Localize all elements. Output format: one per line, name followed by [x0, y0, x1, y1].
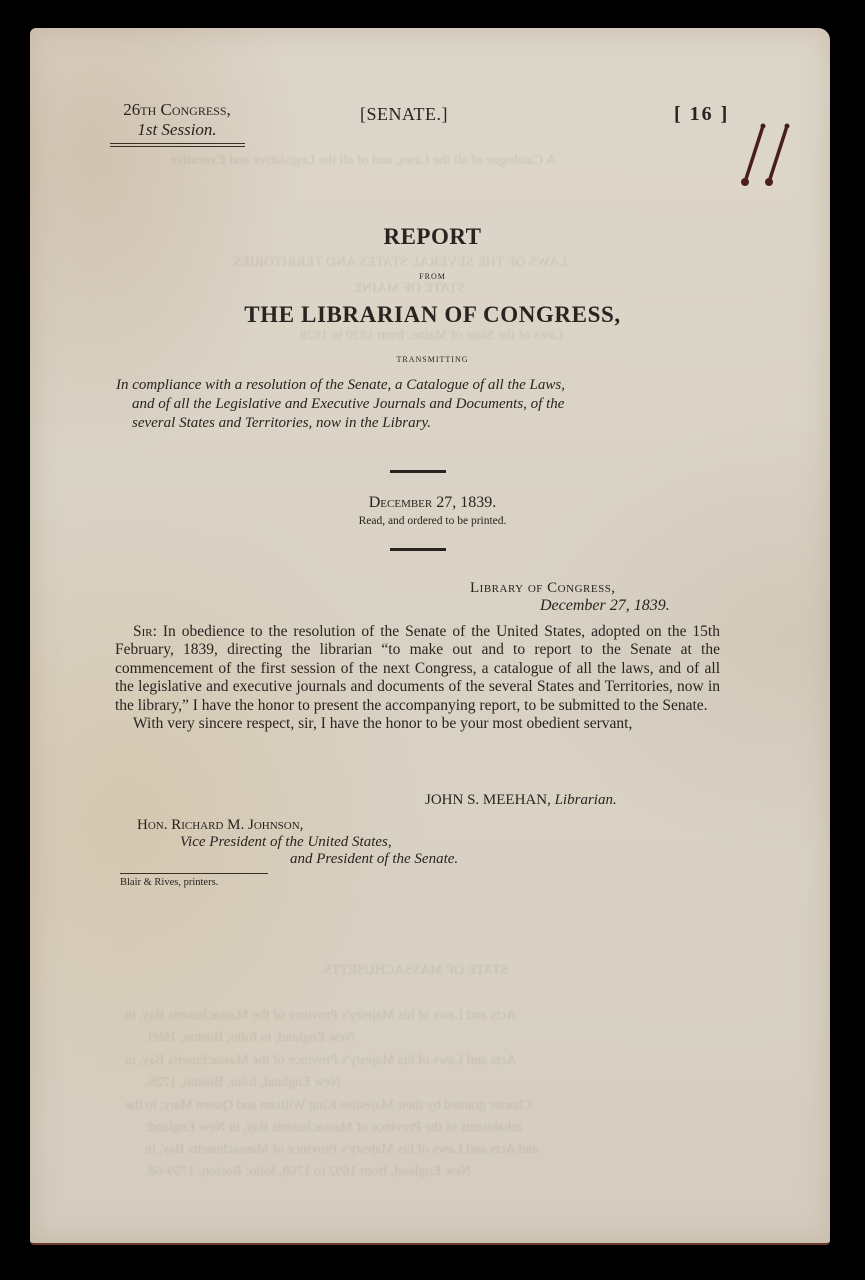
- bleed-through-line: STATE OF MAINE.: [350, 278, 465, 300]
- bleed-through-line: and Acts and Laws of his Majesty's Provi…: [145, 1139, 539, 1161]
- printer-imprint: Blair & Rives, printers.: [120, 877, 218, 888]
- bleed-through-line: LAWS OF THE SEVERAL STATES AND TERRITORI…: [230, 252, 568, 274]
- session-label: 1st Session.: [107, 120, 247, 140]
- imprint-rule: [120, 873, 268, 874]
- intro-paragraph: In compliance with a resolution of the S…: [116, 376, 736, 433]
- chamber-label: [SENATE.]: [360, 104, 448, 125]
- bleed-through-line: Acts and Laws of his Majesty's Province …: [125, 1050, 516, 1072]
- bleed-through-line: A Catalogue of all the Laws, and of all …: [170, 150, 556, 172]
- addressee-name: Hon. Richard M. Johnson,: [137, 817, 303, 834]
- congress-label: 26th Congress,: [107, 100, 247, 120]
- addressee-title-2: and President of the Senate.: [290, 851, 458, 868]
- divider-bottom: [390, 548, 446, 551]
- bleed-through-line: New England, folio; Boston, 1726.: [145, 1072, 341, 1094]
- bleed-through-line: New England, from 1692 to 1768, folio; B…: [145, 1161, 471, 1183]
- bleed-through-line: New England, in folio; Boston, 1699.: [145, 1027, 355, 1049]
- bleed-through-line: Acts and Laws of his Majesty's Province …: [125, 1005, 516, 1027]
- letter-body: Sir: In obedience to the resolution of t…: [115, 623, 720, 733]
- from-label: FROM: [0, 272, 865, 281]
- letter-date: December 27, 1839.: [540, 597, 670, 615]
- salutation: Sir:: [133, 623, 157, 640]
- letter-paragraph: Sir: In obedience to the resolution of t…: [115, 623, 720, 715]
- divider-top: [390, 470, 446, 473]
- intro-line: several States and Territories, now in t…: [116, 414, 736, 433]
- report-date: December 27, 1839.: [0, 494, 865, 512]
- bleed-through-line: Charter granted by their Majesties King …: [125, 1095, 532, 1117]
- bleed-through-line: STATE OF MASSACHUSETTS.: [320, 960, 508, 982]
- letter-date-text: December 27, 1839.: [540, 597, 670, 614]
- letter-body-text: In obedience to the resolution of the Se…: [115, 623, 720, 714]
- source-title: THE LIBRARIAN OF CONGRESS,: [0, 302, 865, 328]
- letter-place: Library of Congress,: [470, 580, 616, 597]
- intro-line: In compliance with a resolution of the S…: [116, 376, 736, 395]
- header-rule: [110, 143, 245, 147]
- intro-line: and of all the Legislative and Executive…: [116, 395, 736, 414]
- signer-name: JOHN S. MEEHAN,: [425, 792, 551, 808]
- addressee-title-1: Vice President of the United States,: [180, 834, 392, 851]
- congress-session: 26th Congress, 1st Session.: [107, 100, 247, 140]
- transmitting-label: TRANSMITTING: [0, 355, 865, 364]
- read-note: Read, and ordered to be printed.: [0, 515, 865, 527]
- bleed-through-line: inhabitants of the Province of Massachus…: [145, 1117, 522, 1139]
- report-title: REPORT: [0, 224, 865, 250]
- handwritten-mark-icon: [737, 122, 797, 190]
- bleed-through-line: Laws of the State of Maine, from 1820 to…: [300, 325, 564, 347]
- letter-closing: With very sincere respect, sir, I have t…: [115, 715, 720, 733]
- signature: JOHN S. MEEHAN, Librarian.: [425, 792, 617, 809]
- document-number: [ 16 ]: [674, 103, 729, 126]
- signer-title: Librarian.: [555, 792, 617, 808]
